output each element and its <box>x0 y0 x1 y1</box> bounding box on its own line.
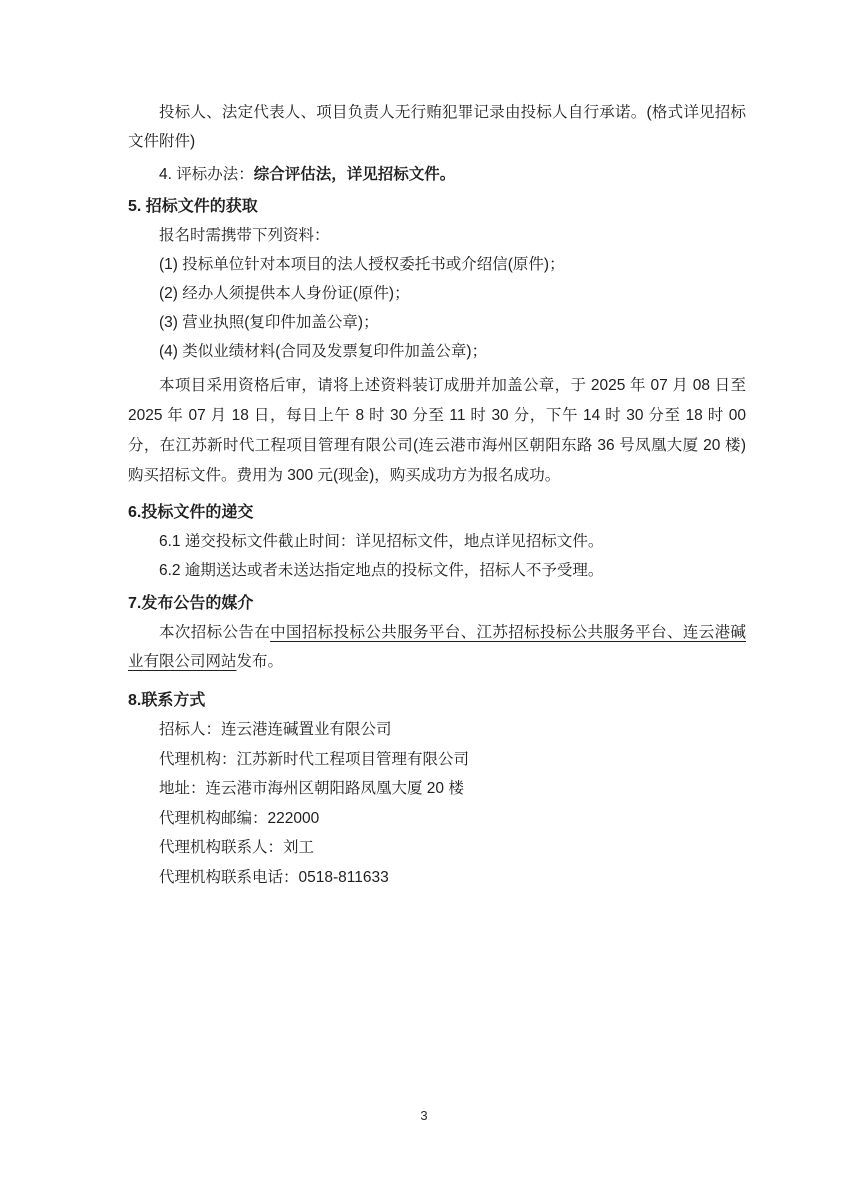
contact-phone: 代理机构联系电话：0518-811633 <box>128 863 746 893</box>
section5-heading: 5. 招标文件的获取 <box>128 192 746 221</box>
list-item: 6.1 递交投标文件截止时间：详见招标文件，地点详见招标文件。 <box>128 527 746 556</box>
contact-postcode: 代理机构邮编：222000 <box>128 804 746 834</box>
evaluation-method-value: 综合评估法，详见招标文件。 <box>254 166 456 183</box>
page-number: 3 <box>0 1108 848 1123</box>
intro-paragraph: 投标人、法定代表人、项目负责人无行贿犯罪记录由投标人自行承诺。(格式详见招标文件… <box>128 98 746 156</box>
document-content: 投标人、法定代表人、项目负责人无行贿犯罪记录由投标人自行承诺。(格式详见招标文件… <box>128 98 746 892</box>
section5-paragraph: 本项目采用资格后审，请将上述资料装订成册并加盖公章，于 2025 年 07 月 … <box>128 371 746 491</box>
media-paragraph-suffix: 发布。 <box>237 653 284 670</box>
contact-agency: 代理机构：江苏新时代工程项目管理有限公司 <box>128 745 746 775</box>
list-item: (4) 类似业绩材料(合同及发票复印件加盖公章)； <box>128 337 746 366</box>
contact-tenderer: 招标人：连云港连碱置业有限公司 <box>128 715 746 745</box>
list-item: (3) 营业执照(复印件加盖公章)； <box>128 308 746 337</box>
section6-heading: 6.投标文件的递交 <box>128 498 746 527</box>
media-paragraph-prefix: 本次招标公告在 <box>159 624 270 641</box>
list-item: (1) 投标单位针对本项目的法人授权委托书或介绍信(原件)； <box>128 250 746 279</box>
contact-address: 地址：连云港市海州区朝阳路凤凰大厦 20 楼 <box>128 774 746 804</box>
section7-paragraph: 本次招标公告在中国招标投标公共服务平台、江苏招标投标公共服务平台、连云港碱业有限… <box>128 618 746 676</box>
section7-heading: 7.发布公告的媒介 <box>128 589 746 618</box>
list-item: 6.2 逾期送达或者未送达指定地点的投标文件，招标人不予受理。 <box>128 556 746 585</box>
evaluation-method-label: 4. 评标办法： <box>159 166 254 183</box>
list-item: (2) 经办人须提供本人身份证(原件)； <box>128 279 746 308</box>
section5-intro: 报名时需携带下列资料： <box>128 221 746 250</box>
evaluation-method-line: 4. 评标办法：综合评估法，详见招标文件。 <box>128 160 746 189</box>
contact-person: 代理机构联系人：刘工 <box>128 833 746 863</box>
document-page: 投标人、法定代表人、项目负责人无行贿犯罪记录由投标人自行承诺。(格式详见招标文件… <box>0 0 848 1200</box>
section8-heading: 8.联系方式 <box>128 686 746 715</box>
